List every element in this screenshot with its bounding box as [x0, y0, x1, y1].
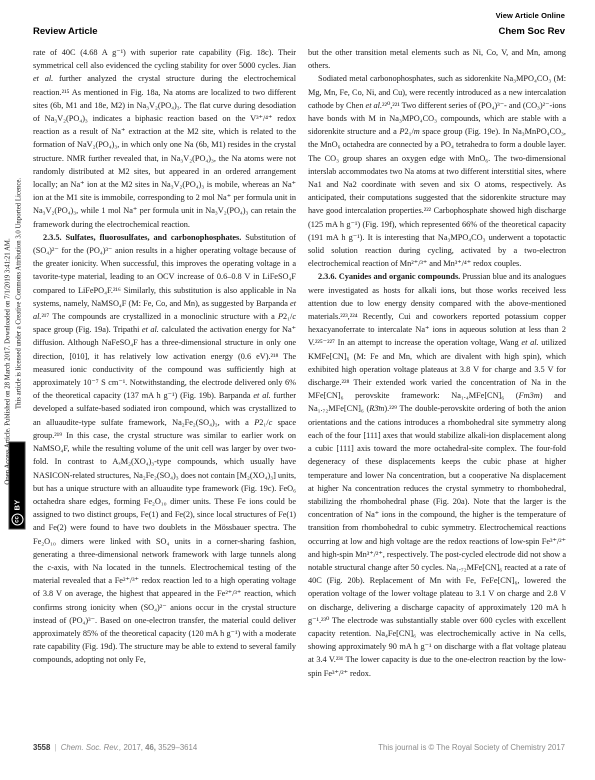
text-run: Fm3m — [519, 391, 540, 400]
view-article-online-link[interactable]: View Article Online — [496, 11, 565, 20]
paragraph: 2.3.5. Sulfates, fluorosulfates, and car… — [33, 231, 296, 667]
cc-by-badge[interactable]: cc BY — [9, 442, 26, 530]
footer-pages: 3529–3614 — [158, 743, 197, 752]
text-run: further analyzed the crystal structure d… — [33, 74, 296, 228]
text-run: Substitution of (SO₄)²⁻ for the (PO₄)³⁻ … — [33, 233, 296, 308]
paragraph: but the other transition metal elements … — [308, 46, 566, 72]
footer-citation: 3558 | Chem. Soc. Rev., 2017, 46, 3529–3… — [33, 743, 197, 752]
footer-volume: 46, — [145, 743, 156, 752]
cc-icon: cc — [11, 514, 23, 526]
text-run: -axis, with Na located in the tunnels. E… — [33, 563, 296, 664]
journal-name: Chem Soc Rev — [498, 26, 565, 37]
footer-year: 2017, — [123, 743, 143, 752]
cc-by-label: BY — [13, 499, 22, 510]
text-run: space group (Fig. 19a). Tripathi — [33, 325, 142, 334]
text-run: 2₁/ — [259, 418, 268, 427]
text-run: ²¹⁷ The compounds are crystallized in a … — [41, 312, 278, 321]
journal-page: View Article Online Review Article Chem … — [0, 0, 595, 780]
text-run: et al. — [253, 391, 270, 400]
sidebar-license-note: This article is licensed under a Creativ… — [13, 144, 26, 444]
text-run: et al. — [521, 338, 538, 347]
text-run: 2₁/ — [404, 127, 413, 136]
section-heading-run: 2.3.6. Cyanides and organic compounds. — [318, 272, 460, 281]
article-type-label: Review Article — [33, 26, 98, 37]
page-number: 3558 — [33, 743, 50, 752]
right-text-column: but the other transition metal elements … — [308, 46, 566, 680]
text-run: space group.²¹⁹ In this case, the crysta… — [33, 418, 296, 572]
footer-journal-title: Chem. Soc. Rev., — [61, 743, 122, 752]
left-text-column: rate of 40C (4.68 A g⁻¹) with superior r… — [33, 46, 296, 667]
text-run: et al. — [366, 101, 382, 110]
text-run: ).²²⁹ The double-perovskite ordering of … — [308, 404, 566, 677]
section-heading-run: 2.3.5. Sulfates, fluorosulfates, and car… — [43, 233, 241, 242]
text-run: et al. — [142, 325, 159, 334]
text-run: but the other transition metal elements … — [308, 48, 566, 70]
text-run: calculated the activation energy for Na⁺… — [33, 325, 296, 400]
text-run: c — [292, 312, 296, 321]
text-run: R3̄m — [369, 404, 384, 413]
footer-copyright: This journal is © The Royal Society of C… — [378, 743, 565, 752]
footer-separator: | — [53, 743, 59, 752]
paragraph: rate of 40C (4.68 A g⁻¹) with superior r… — [33, 46, 296, 231]
text-run: 2₁/ — [283, 312, 292, 321]
running-head: Review Article Chem Soc Rev — [33, 26, 565, 37]
text-run: Prussian blue and its analogues were inv… — [308, 272, 566, 347]
text-run: et al. — [33, 74, 53, 83]
paragraph: Sodiated metal carbonophosphates, such a… — [308, 72, 566, 270]
text-run: space group (Fig. 19e). In Na₃MnPO₄CO₃, … — [308, 127, 566, 268]
text-run: rate of 40C (4.68 A g⁻¹) with superior r… — [33, 48, 296, 70]
paragraph: 2.3.6. Cyanides and organic compounds. P… — [308, 270, 566, 679]
